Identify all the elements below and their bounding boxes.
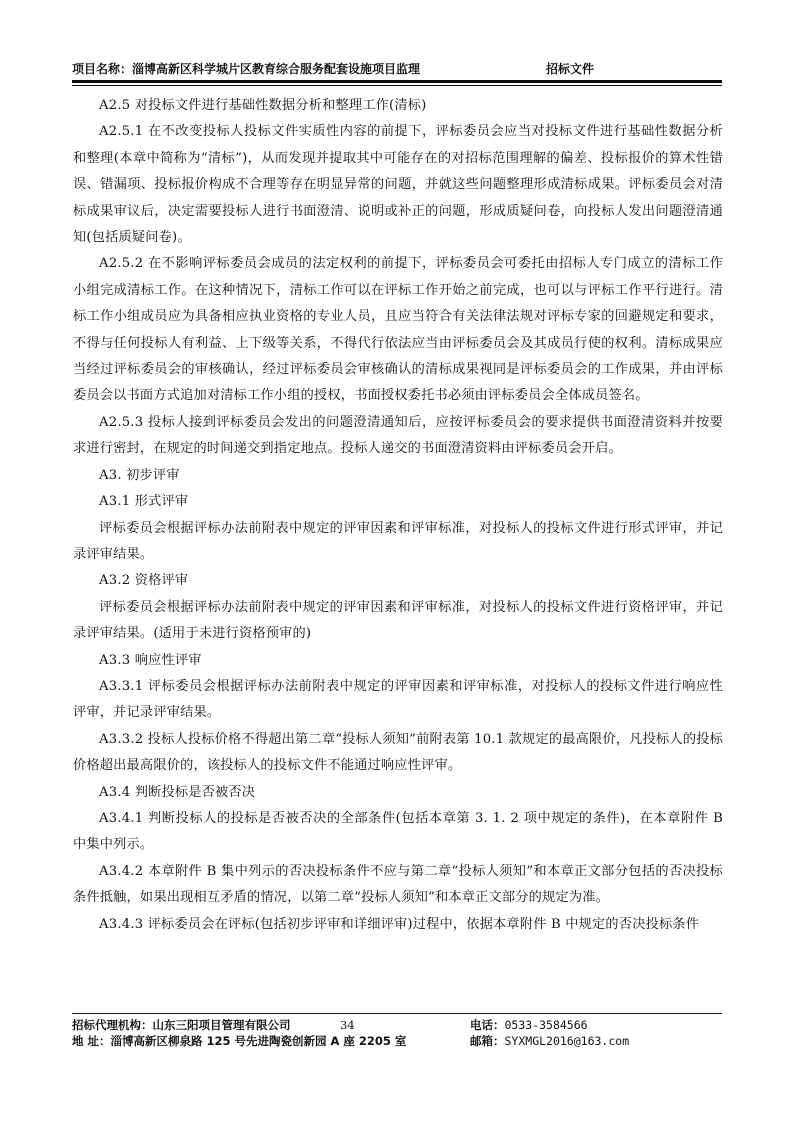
agency-name: 招标代理机构：山东三阳项目管理有限公司 [72,1017,291,1033]
section-heading-a3-4: A3.4 判断投标是否被否决 [73,780,723,806]
email-address: SYXMGL2016@163.com [505,1034,630,1048]
phone-label: 电话： [470,1018,505,1032]
section-heading-a2-5: A2.5 对投标文件进行基础性数据分析和整理工作(清标) [73,93,723,119]
paragraph-a3-3-1: A3.3.1 评标委员会根据评标办法前附表中规定的评审因素和评审标准，对投标人的… [73,674,723,727]
page-header: 项目名称：淄博高新区科学城片区教育综合服务配套设施项目监理 招标文件 [72,60,722,78]
page-number: 34 [340,1017,355,1033]
paragraph-a3-4-1: A3.4.1 判断投标人的投标是否被否决的全部条件(包括本章第 3. 1. 2 … [73,806,723,859]
paragraph-a3-4-2: A3.4.2 本章附件 B 集中列示的否决投标条件不应与第二章“投标人须知”和本… [73,859,723,912]
paragraph-a3-2: 评标委员会根据评标办法前附表中规定的评审因素和评审标准，对投标人的投标文件进行资… [73,595,723,648]
phone-number: 0533-3584566 [505,1018,588,1032]
agency-address: 地 址：淄博高新区柳泉路 125 号先进陶瓷创新园 A 座 2205 室 [72,1033,406,1049]
header-rule-thick [72,80,722,83]
footer-row-2: 地 址：淄博高新区柳泉路 125 号先进陶瓷创新园 A 座 2205 室 邮箱：… [72,1033,722,1049]
paragraph-a2-5-2: A2.5.2 在不影响评标委员会成员的法定权利的前提下，评标委员会可委托由招标人… [73,251,723,409]
page-footer: 招标代理机构：山东三阳项目管理有限公司 34 电话：0533-3584566 地… [72,1017,722,1049]
section-heading-a3-1: A3.1 形式评审 [73,489,723,515]
footer-rule [72,1013,722,1014]
phone-info: 电话：0533-3584566 [470,1017,588,1033]
paragraph-a3-3-2: A3.3.2 投标人投标价格不得超出第二章“投标人须知”前附表第 10.1 款规… [73,727,723,780]
section-heading-a3: A3. 初步评审 [73,463,723,489]
paragraph-a2-5-3: A2.5.3 投标人接到评标委员会发出的问题澄清通知后，应按评标委员会的要求提供… [73,410,723,463]
paragraph-a3-1: 评标委员会根据评标办法前附表中规定的评审因素和评审标准，对投标人的投标文件进行形… [73,516,723,569]
document-body: A2.5 对投标文件进行基础性数据分析和整理工作(清标) A2.5.1 在不改变… [73,93,723,938]
email-label: 邮箱： [470,1034,505,1048]
section-heading-a3-3: A3.3 响应性评审 [73,648,723,674]
header-rule-thin [72,85,722,86]
email-info: 邮箱：SYXMGL2016@163.com [470,1033,629,1049]
paragraph-a3-4-3: A3.4.3 评标委员会在评标(包括初步评审和详细评审)过程中，依据本章附件 B… [73,912,723,938]
footer-row-1: 招标代理机构：山东三阳项目管理有限公司 34 电话：0533-3584566 [72,1017,722,1033]
project-name: 项目名称：淄博高新区科学城片区教育综合服务配套设施项目监理 [72,60,420,77]
section-heading-a3-2: A3.2 资格评审 [73,568,723,594]
document-type: 招标文件 [546,60,594,77]
paragraph-a2-5-1: A2.5.1 在不改变投标人投标文件实质性内容的前提下，评标委员会应当对投标文件… [73,119,723,251]
